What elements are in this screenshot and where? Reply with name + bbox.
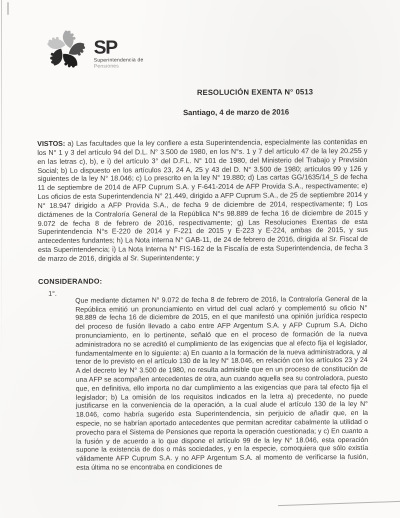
resolution-title: RESOLUCIÓN EXENTA N° 0513 (197, 87, 313, 97)
considerando-item-text: Que mediante dictamen N° 9.072 de fecha … (75, 296, 368, 474)
document-content: SP Superintendencia de Pensiones RESOLUC… (0, 0, 400, 518)
considerando-label: CONSIDERANDO: (38, 277, 102, 286)
hands-pinwheel-icon (43, 27, 89, 73)
vistos-paragraph: VISTOS: a) Las facultades que la ley con… (37, 139, 368, 265)
scanned-resolution-page: SP Superintendencia de Pensiones RESOLUC… (0, 0, 400, 518)
vistos-text: a) Las facultades que la ley confiere a … (37, 139, 368, 263)
vistos-label: VISTOS: (37, 141, 65, 148)
sp-logo: SP Superintendencia de Pensiones (43, 26, 144, 73)
logo-org-line2: Pensiones (94, 64, 144, 69)
considerando-item-number: 1°. (48, 291, 57, 298)
logo-wordmark: SP Superintendencia de Pensiones (94, 39, 144, 69)
logo-acronym: SP (94, 39, 144, 56)
place-and-date: Santiago, 4 de marzo de 2016 (183, 107, 289, 117)
